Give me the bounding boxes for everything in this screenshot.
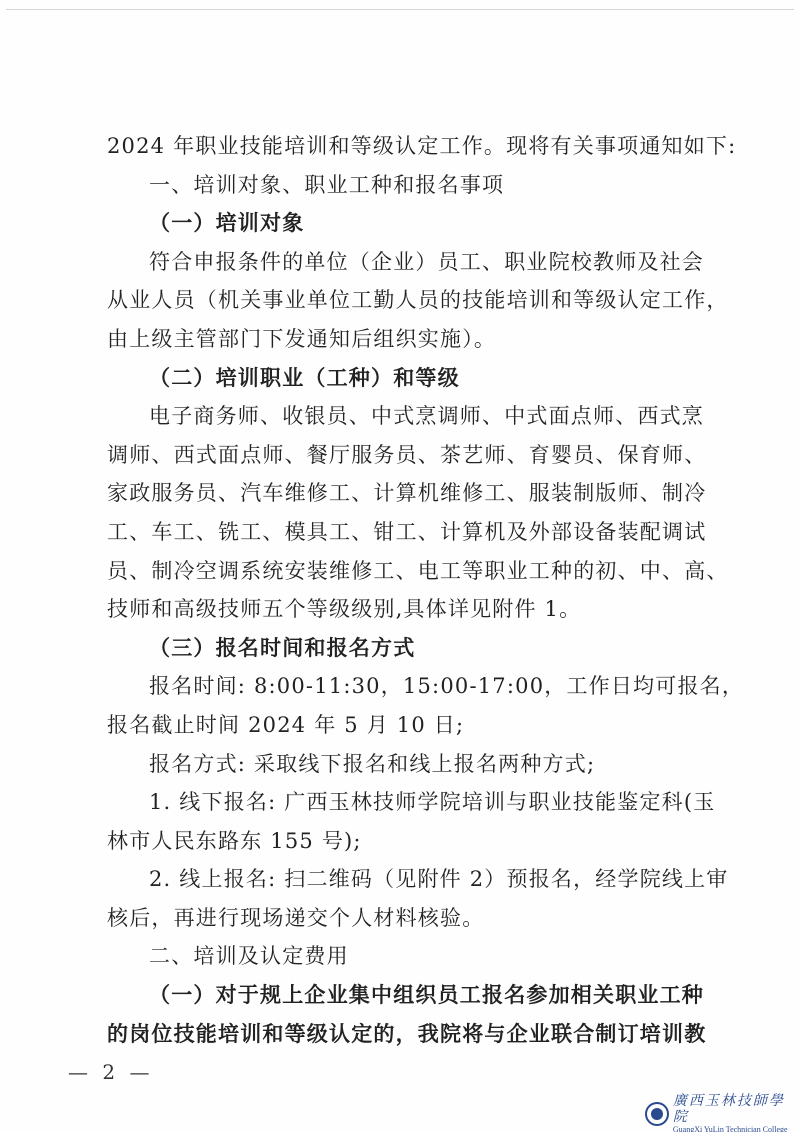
text-line: （二）培训职业（工种）和等级 bbox=[107, 359, 693, 398]
text-line: 电子商务师、收银员、中式烹调师、中式面点师、西式烹 bbox=[107, 397, 693, 436]
text-line: 从业人员（机关事业单位工勤人员的技能培训和等级认定工作， bbox=[107, 281, 693, 320]
logo-chinese-name: 廣西玉林技師學院 bbox=[673, 1093, 800, 1125]
college-logo: 廣西玉林技師學院 GuangXi YuLin Technician Colleg… bbox=[645, 1093, 800, 1132]
text-line: 2024 年职业技能培训和等级认定工作。现将有关事项通知如下: bbox=[107, 127, 693, 166]
page-top-rule bbox=[6, 9, 794, 10]
text-line: 一、培训对象、职业工种和报名事项 bbox=[107, 166, 693, 205]
text-line: 报名时间: 8:00-11:30，15:00-17:00，工作日均可报名， bbox=[107, 667, 693, 706]
text-line: 报名方式: 采取线下报名和线上报名两种方式; bbox=[107, 745, 693, 784]
text-line: （一）培训对象 bbox=[107, 204, 693, 243]
college-emblem-icon bbox=[645, 1102, 669, 1126]
text-line: 技师和高级技师五个等级级别,具体详见附件 1。 bbox=[107, 590, 693, 629]
text-line: （一）对于规上企业集中组织员工报名参加相关职业工种 bbox=[107, 976, 693, 1015]
text-line: 2. 线上报名: 扫二维码（见附件 2）预报名，经学院线上审 bbox=[107, 860, 693, 899]
text-line: 的岗位技能培训和等级认定的，我院将与企业联合制订培训教 bbox=[107, 1015, 693, 1054]
text-line: （三）报名时间和报名方式 bbox=[107, 629, 693, 668]
text-line: 1. 线下报名: 广西玉林技师学院培训与职业技能鉴定科(玉 bbox=[107, 783, 693, 822]
text-line: 林市人民东路东 155 号); bbox=[107, 822, 693, 861]
text-line: 工、车工、铣工、模具工、钳工、计算机及外部设备装配调试 bbox=[107, 513, 693, 552]
text-line: 二、培训及认定费用 bbox=[107, 937, 693, 976]
text-line: 调师、西式面点师、餐厅服务员、茶艺师、育婴员、保育师、 bbox=[107, 436, 693, 475]
text-line: 符合申报条件的单位（企业）员工、职业院校教师及社会 bbox=[107, 243, 693, 282]
document-body: 2024 年职业技能培训和等级认定工作。现将有关事项通知如下:一、培训对象、职业… bbox=[107, 127, 693, 1053]
text-line: 员、制冷空调系统安装维修工、电工等职业工种的初、中、高、 bbox=[107, 552, 693, 591]
text-line: 报名截止时间 2024 年 5 月 10 日; bbox=[107, 706, 693, 745]
page-number: — 2 — bbox=[68, 1060, 153, 1084]
text-line: 核后，再进行现场递交个人材料核验。 bbox=[107, 899, 693, 938]
text-line: 由上级主管部门下发通知后组织实施）。 bbox=[107, 320, 693, 359]
logo-english-name: GuangXi YuLin Technician College bbox=[673, 1125, 800, 1132]
text-line: 家政服务员、汽车维修工、计算机维修工、服装制版师、制冷 bbox=[107, 474, 693, 513]
